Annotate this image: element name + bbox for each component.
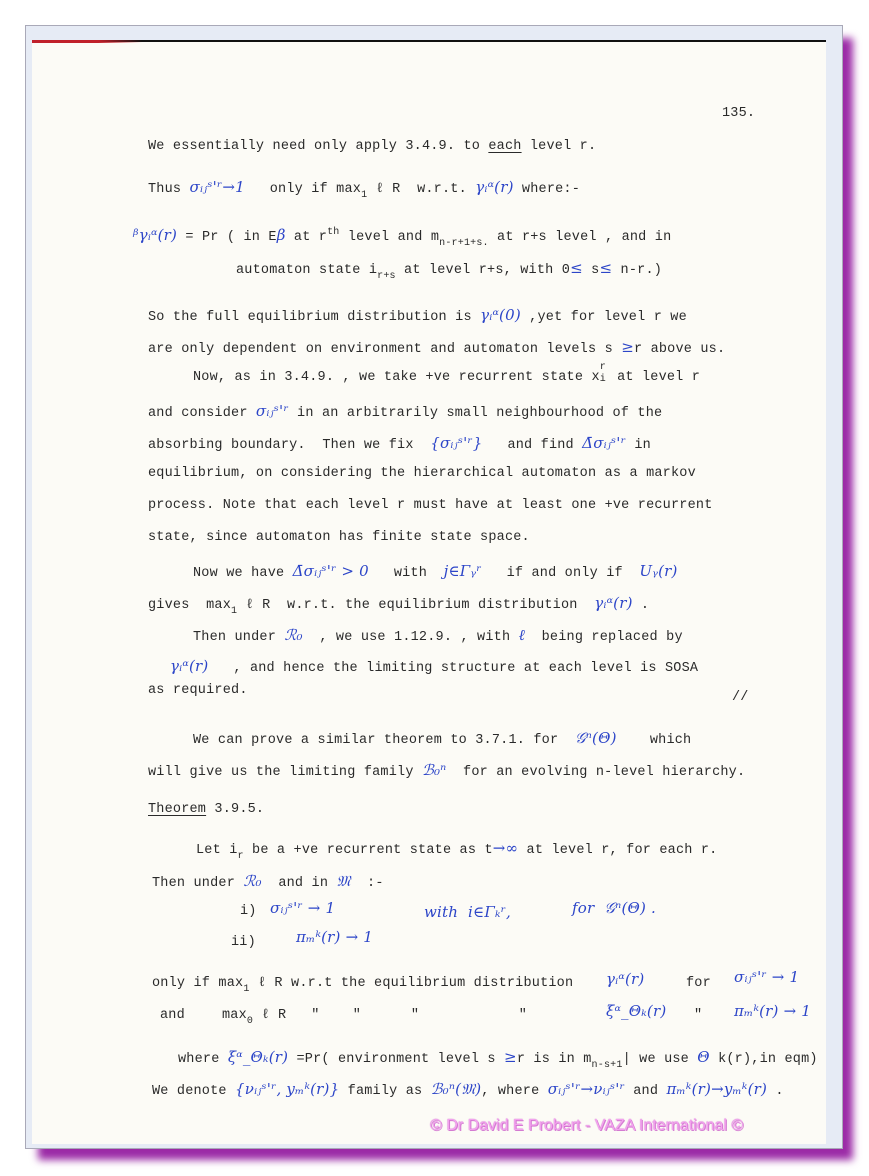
copyright-watermark: © Dr David E Probert - VAZA Internationa… (430, 1117, 743, 1135)
and-label: and (160, 1008, 185, 1023)
text-line-12: state, since automaton has finite state … (148, 530, 530, 545)
condition-i-for: for 𝒢ⁿ(Θ) . (572, 899, 656, 917)
text-line-9: absorbing boundary. Then we fix {σᵢⱼˢ'ʳ}… (148, 434, 651, 453)
handwritten-sigma-limit: σᵢⱼˢ'ʳ → 1 (734, 968, 799, 986)
handwritten-gamma: γᵢᵅ(r) (475, 178, 513, 196)
text-line-16: γᵢᵅ(r) , and hence the limiting structur… (170, 657, 698, 676)
text-line-6: are only dependent on environment and au… (148, 338, 725, 357)
handwritten-sigma: σᵢⱼˢ'ʳ→1 (190, 178, 245, 196)
text-line-18: We can prove a similar theorem to 3.7.1.… (193, 729, 691, 748)
text-line-11: process. Note that each level r must hav… (148, 498, 713, 513)
condition-ii-formula: πₘᵏ(r) → 1 (296, 928, 373, 946)
condition-ii-label: ii) (231, 935, 256, 950)
page-number: 135. (722, 106, 755, 121)
text-line-14: gives max1 ℓ R w.r.t. the equilibrium di… (148, 594, 649, 613)
text-line-25: only if max1 ℓ R w.r.t the equilibrium d… (152, 976, 573, 991)
text-line-5: So the full equilibrium distribution is … (148, 306, 687, 325)
condition-i-with: with i∈Γₖʳ, (424, 903, 511, 921)
handwritten-xi: ξᵅ_Θₖ(r) (606, 1002, 666, 1020)
text-line-17: as required. (148, 683, 248, 698)
for-label: for (686, 976, 711, 991)
text-line-10: equilibrium, on considering the hierarch… (148, 466, 696, 481)
handwritten-gamma-dist: γᵢᵅ(r) (606, 970, 644, 988)
handwritten-pi-limit: πₘᵏ(r) → 1 (734, 1002, 811, 1020)
text-line-3: ᵝγᵢᵅ(r) = Pr ( in Eβ at rth level and mn… (133, 226, 671, 245)
text-line-2: Thus σᵢⱼˢ'ʳ→1 only if max1 ℓ R w.r.t. γᵢ… (148, 178, 580, 197)
text-line-13: Now we have Δ̄σᵢⱼˢ'ʳ > 0 with j∈Γᵧʳ if a… (193, 562, 678, 581)
text-line-28: We denote {νᵢⱼˢ'ʳ, yₘᵏ(r)} family as ℬ₀ⁿ… (152, 1080, 784, 1099)
text-line-26: max0 ℓ R " " " " (222, 1008, 527, 1023)
condition-i-formula: σᵢⱼˢ'ʳ → 1 (270, 899, 335, 917)
text-line-19: will give us the limiting family ℬ₀ⁿ for… (148, 761, 745, 780)
condition-i-label: i) (240, 904, 257, 919)
end-of-proof-mark: // (732, 690, 749, 705)
text-line-8: and consider σᵢⱼˢ'ʳ in an arbitrarily sm… (148, 402, 662, 421)
theorem-heading: Theorem 3.9.5. (148, 802, 264, 817)
text-line-1: We essentially need only apply 3.4.9. to… (148, 139, 596, 154)
text-line-7: Now, as in 3.4.9. , we take +ve recurren… (193, 370, 700, 385)
text-line-27: where ξᵅ_Θₖ(r) =Pr( environment level s … (178, 1048, 818, 1067)
text-line-22: Then under ℛ₀ and in 𝔐 :- (152, 872, 384, 891)
text-line-15: Then under ℛ₀ , we use 1.12.9. , with ℓ … (193, 626, 683, 645)
handwritten-gamma-def: ᵝγᵢᵅ(r) (133, 226, 177, 244)
text-line-4: automaton state ir+s at level r+s, with … (236, 259, 662, 278)
text-line-21: Let ir be a +ve recurrent state as t→∞ a… (196, 839, 717, 858)
ditto-mark: " (694, 1008, 702, 1023)
